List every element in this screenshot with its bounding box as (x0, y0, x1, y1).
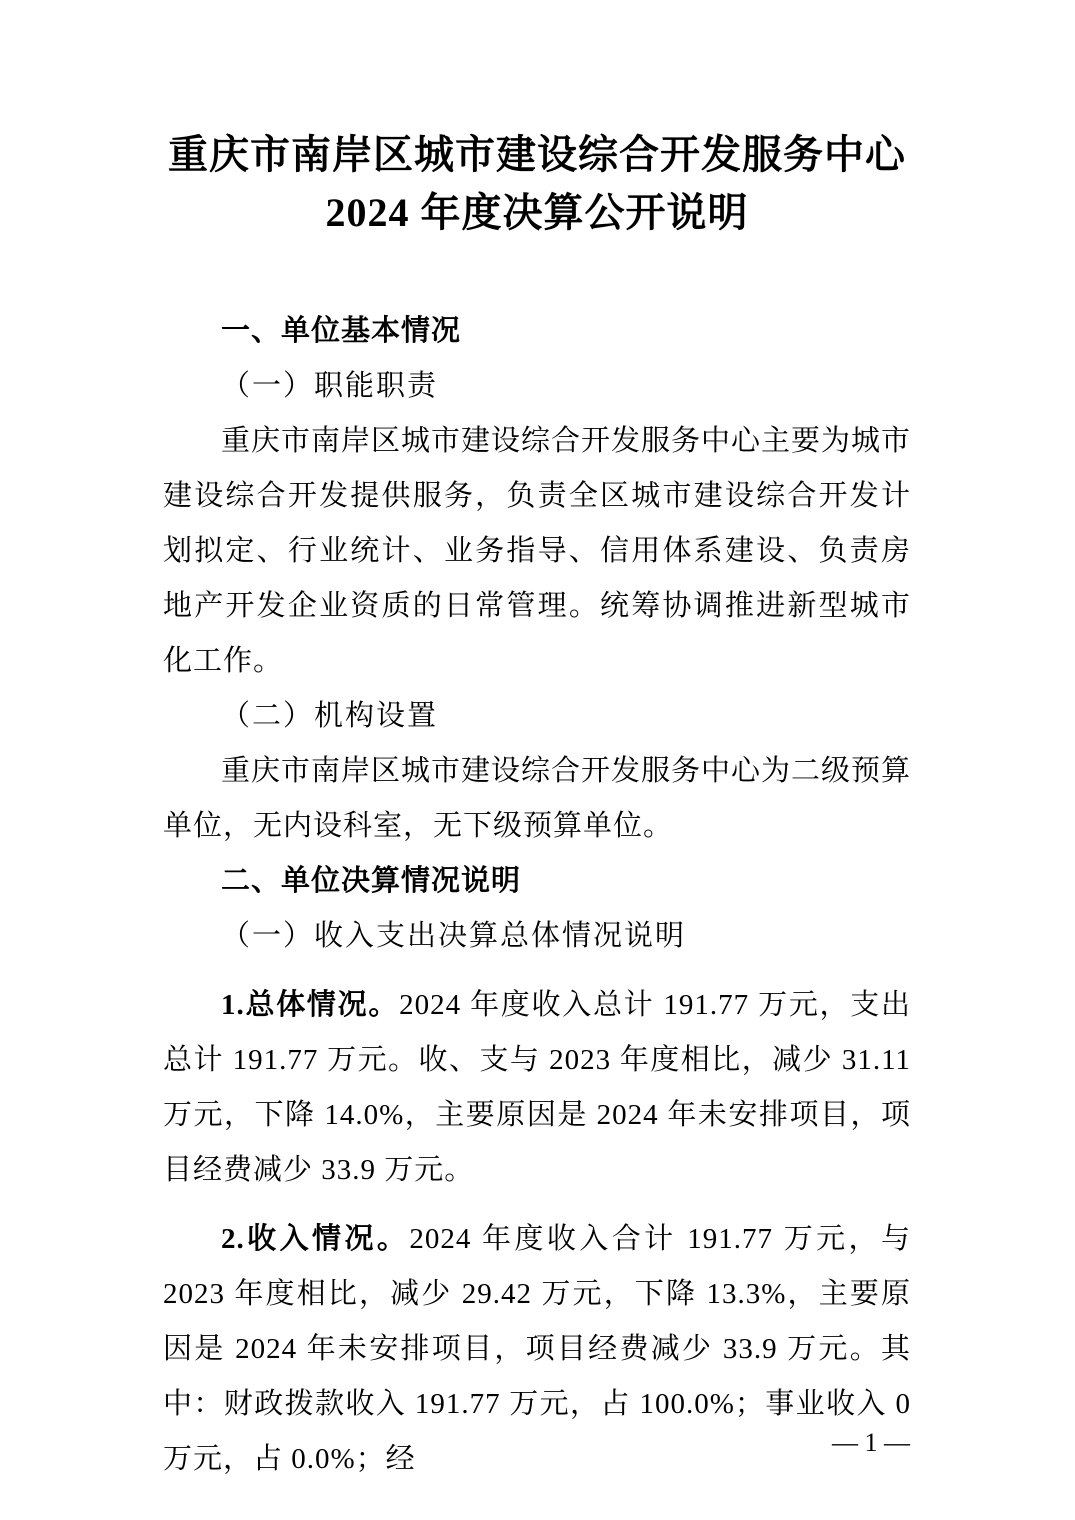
subsection-heading-organization: （二）机构设置 (163, 689, 911, 744)
section-heading-final-accounts: 二、单位决算情况说明 (163, 854, 911, 909)
page-number: — 1 — (832, 1428, 910, 1458)
paragraph-income-situation-lead: 2.收入情况。 (221, 1223, 409, 1255)
paragraph-overall-situation-lead: 1.总体情况。 (221, 989, 399, 1021)
document-page: 重庆市南岸区城市建设综合开发服务中心 2024 年度决算公开说明 一、单位基本情… (163, 0, 911, 1487)
subsection-heading-income-expenditure-overview: （一）收入支出决算总体情况说明 (163, 909, 911, 964)
document-title-line-2: 2024 年度决算公开说明 (163, 184, 911, 242)
paragraph-overall-situation: 1.总体情况。2024 年度收入总计 191.77 万元，支出总计 191.77… (163, 978, 911, 1198)
section-heading-unit-basic-info: 一、单位基本情况 (163, 304, 911, 359)
paragraph-income-situation: 2.收入情况。2024 年度收入合计 191.77 万元，与 2023 年度相比… (163, 1212, 911, 1487)
document-title-line-1: 重庆市南岸区城市建设综合开发服务中心 (163, 126, 911, 184)
document-title: 重庆市南岸区城市建设综合开发服务中心 2024 年度决算公开说明 (163, 126, 911, 242)
paragraph-income-situation-text: 2024 年度收入合计 191.77 万元，与 2023 年度相比，减少 29.… (163, 1223, 911, 1475)
subsection-heading-duties: （一）职能职责 (163, 359, 911, 414)
paragraph-organization: 重庆市南岸区城市建设综合开发服务中心为二级预算单位，无内设科室，无下级预算单位。 (163, 744, 911, 854)
paragraph-duties: 重庆市南岸区城市建设综合开发服务中心主要为城市建设综合开发提供服务，负责全区城市… (163, 414, 911, 689)
